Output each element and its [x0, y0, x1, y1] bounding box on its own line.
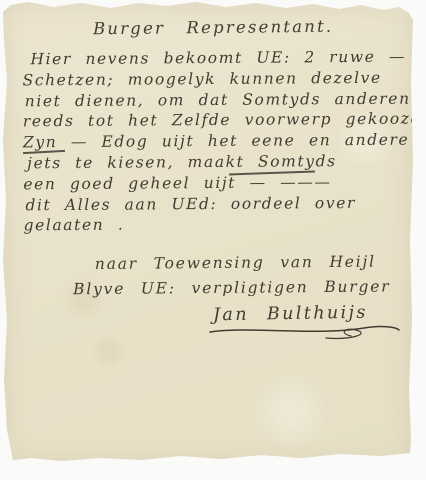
letter-closing: naar Toewensing van HeijlBlyve UE: verpl… [23, 249, 401, 302]
letter-line: Schetzen; moogelyk kunnen dezelve [22, 67, 400, 90]
letter-line: jets te kiesen, maakt Somtyds [27, 151, 401, 174]
letter-line: Zyn — Edog uijt het eene en andere [23, 130, 401, 153]
letter-heading: Burger Representant. [93, 17, 334, 39]
letter-scan: Burger Representant. Hier nevens bekoomt… [0, 0, 426, 480]
closing-line: Blyve UE: verpligtigen Burger [73, 274, 401, 302]
letter-line: dit Alles aan UEd: oordeel over [25, 192, 401, 215]
letter-line: Hier nevens bekoomt UE: 2 ruwe — [30, 47, 400, 70]
letter-line: reeds tot het Zelfde voorwerp gekoozen [23, 109, 401, 132]
letter-line: niet dienen, om dat Somtyds anderen [25, 88, 401, 111]
letter-line: een goed geheel uijt — ——— [23, 171, 401, 194]
letter-body: Hier nevens bekoomt UE: 2 ruwe —Schetzen… [22, 47, 401, 237]
letter-line: gelaaten . [24, 213, 402, 236]
signature: Jan Bulthuijs [213, 303, 368, 326]
paper-sheet: Burger Representant. Hier nevens bekoomt… [1, 0, 415, 468]
closing-line: naar Toewensing van Heijl [95, 249, 401, 277]
